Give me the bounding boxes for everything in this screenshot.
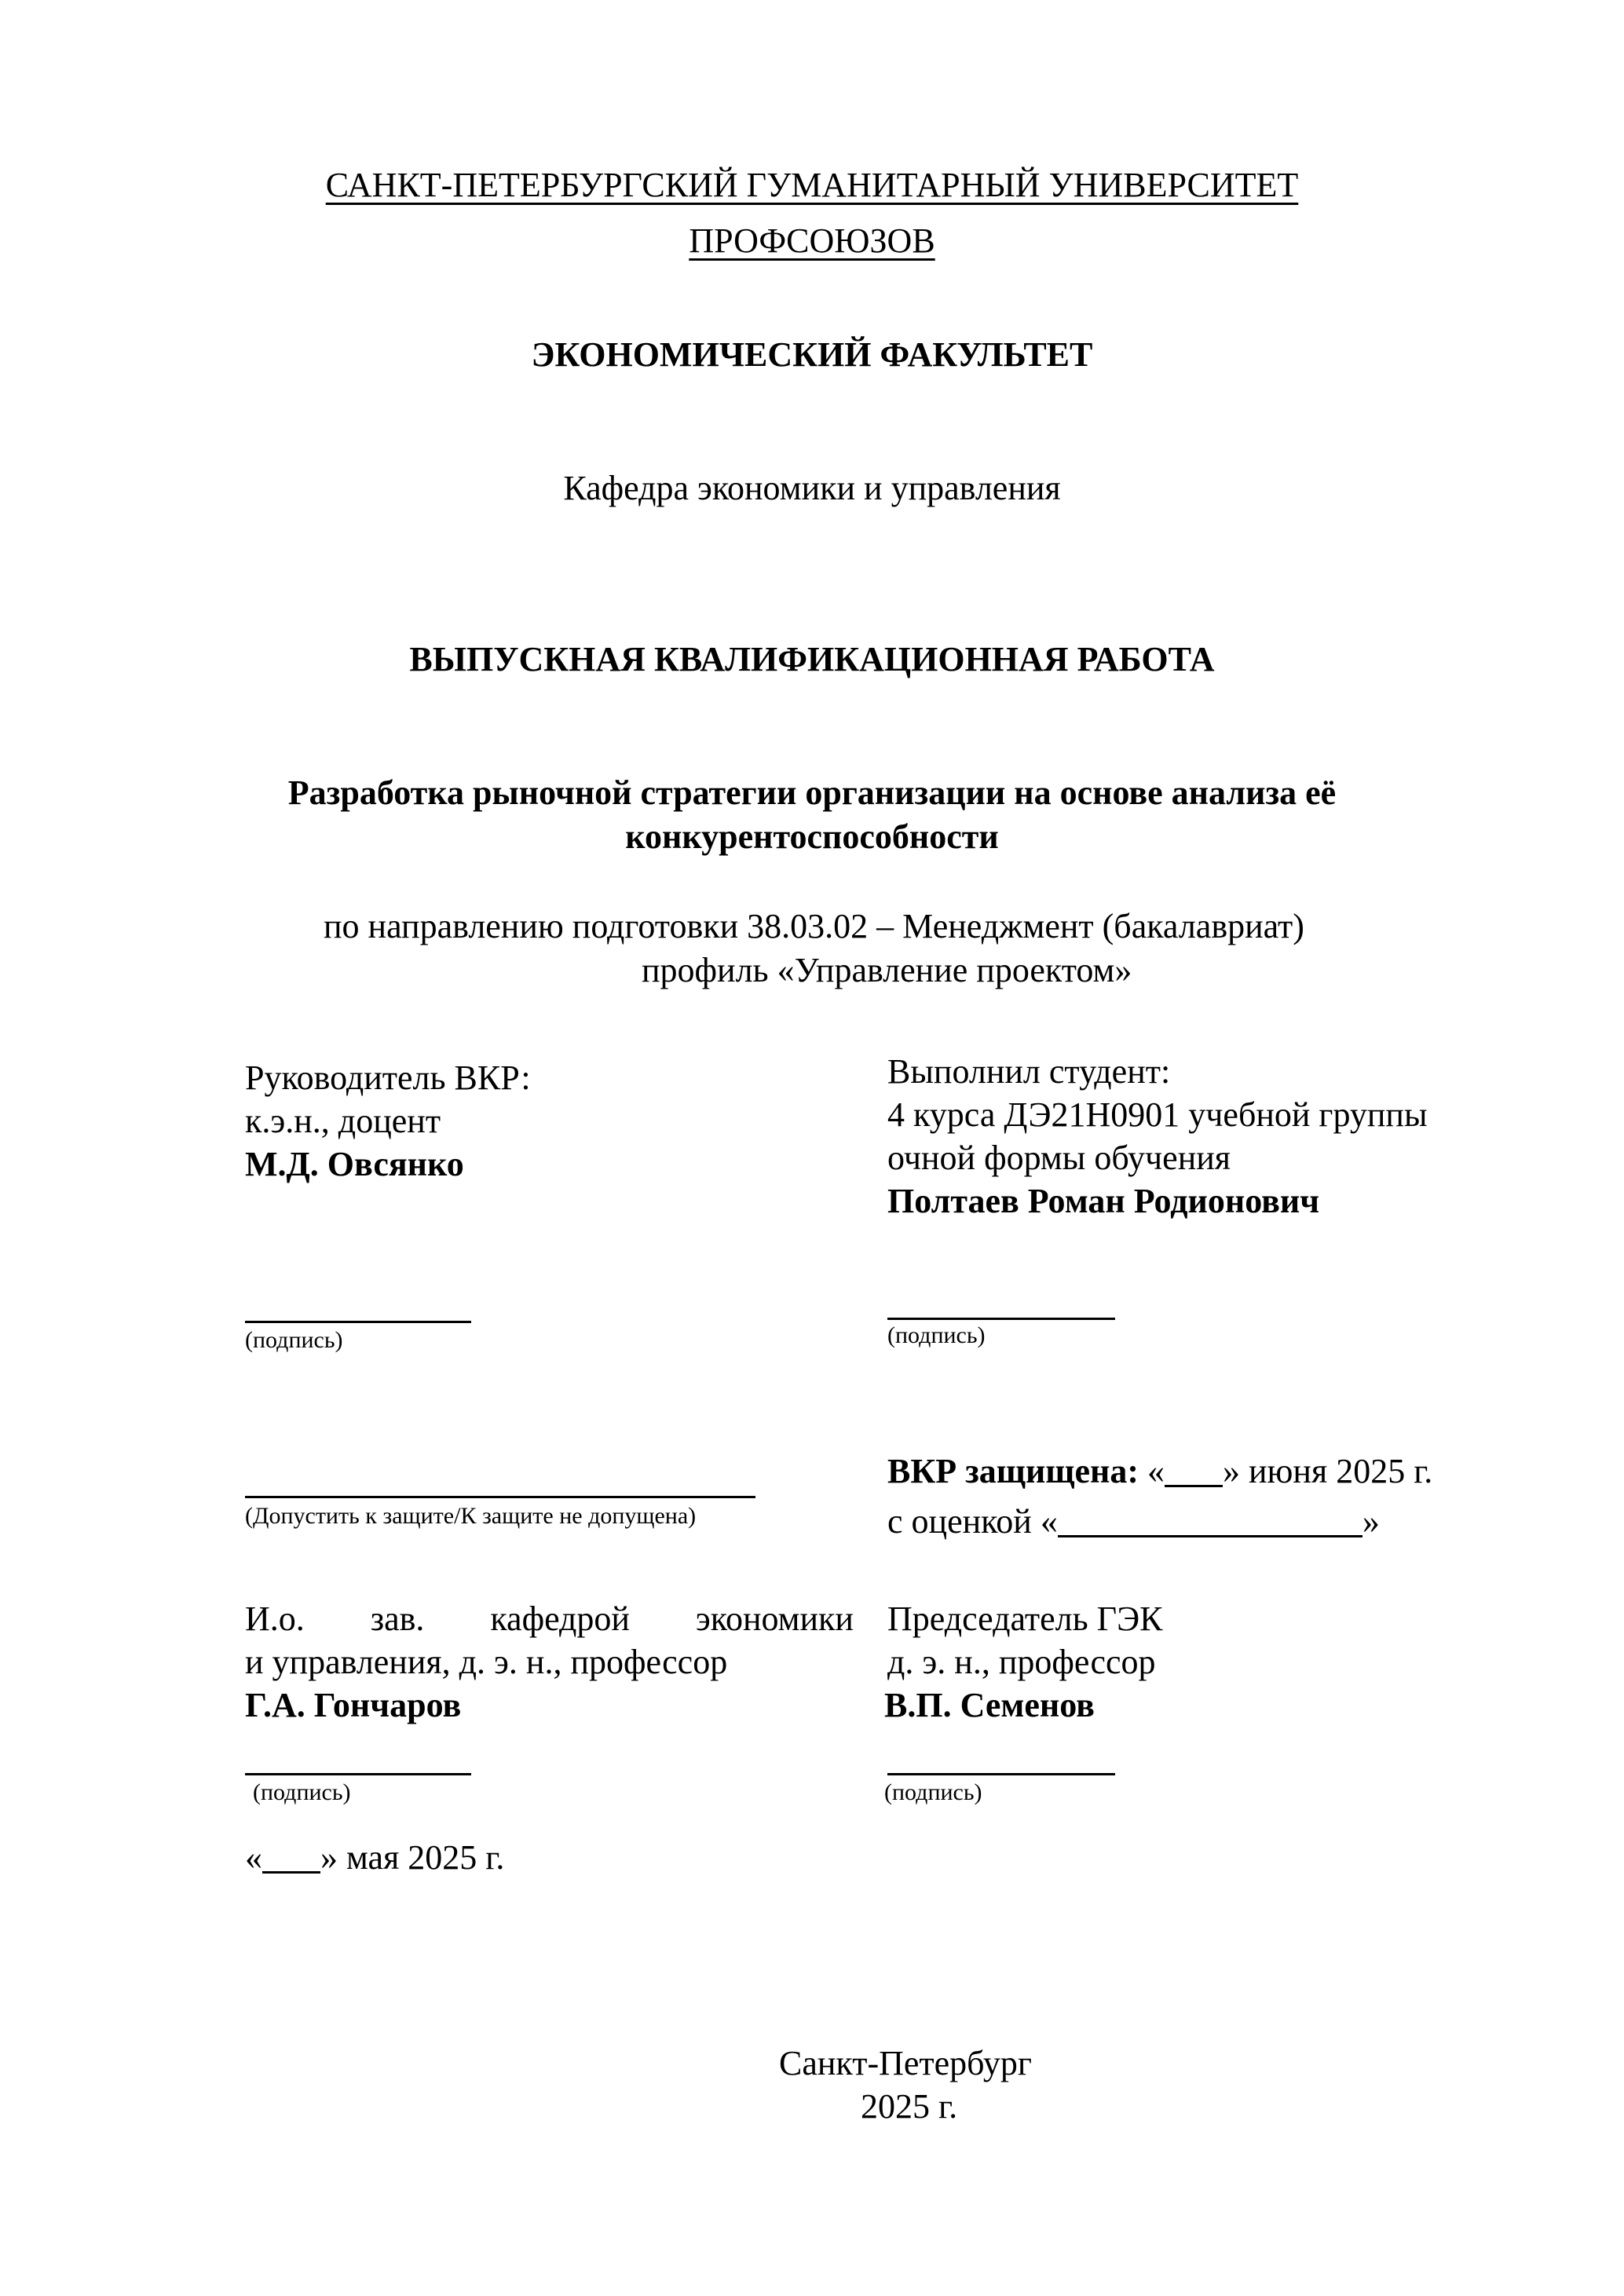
gek-chair-name: В.П. Семенов	[884, 1684, 1095, 1727]
head-date-open: «	[245, 1838, 262, 1877]
defense-grade-line: с оценкой «»	[887, 1500, 1380, 1544]
supervisor-label: Руководитель ВКР:	[245, 1056, 531, 1100]
head-role-word: экономики	[696, 1597, 854, 1641]
head-role-line2: и управления, д. э. н., профессор	[245, 1640, 727, 1684]
gek-chair-signature-line	[887, 1773, 1115, 1775]
head-date-close: » мая 2025 г.	[320, 1838, 504, 1877]
work-title-line1: Разработка рыночной стратегии организаци…	[0, 771, 1624, 815]
admission-decision-line	[245, 1496, 755, 1498]
student-signature-caption: (подпись)	[887, 1321, 986, 1351]
head-role-word: зав.	[371, 1597, 425, 1641]
gek-chair-role: Председатель ГЭК	[887, 1597, 1163, 1641]
head-day-blank	[262, 1840, 320, 1874]
head-signature-caption: (подпись)	[253, 1778, 351, 1808]
supervisor-degree: к.э.н., доцент	[245, 1099, 441, 1143]
work-type-heading: ВЫПУСКНАЯ КВАЛИФИКАЦИОННАЯ РАБОТА	[0, 638, 1624, 682]
supervisor-name: М.Д. Овсянко	[245, 1143, 464, 1186]
defense-day-blank	[1165, 1453, 1223, 1487]
supervisor-signature-line	[245, 1321, 471, 1323]
defense-grade-blank	[1058, 1504, 1362, 1537]
department-name: Кафедра экономики и управления	[0, 466, 1624, 510]
student-signature-line	[887, 1318, 1115, 1320]
study-direction: по направлению подготовки 38.03.02 – Мен…	[324, 905, 1304, 949]
study-profile: профиль «Управление проектом»	[642, 949, 1132, 993]
head-role-word: кафедрой	[490, 1597, 630, 1641]
head-signature-line	[245, 1773, 471, 1775]
gek-chair-signature-caption: (подпись)	[884, 1778, 982, 1808]
head-name: Г.А. Гончаров	[245, 1684, 461, 1727]
defense-date-close: » июня 2025 г.	[1223, 1452, 1432, 1490]
footer-city: Санкт-Петербург	[779, 2042, 1032, 2086]
defense-grade-close: »	[1362, 1502, 1380, 1541]
student-group: 4 курса ДЭ21Н0901 учебной группы	[887, 1093, 1428, 1137]
work-title-line2: конкурентоспособности	[0, 815, 1624, 859]
university-name-line1: САНКТ-ПЕТЕРБУРГСКИЙ ГУМАНИТАРНЫЙ УНИВЕРС…	[0, 163, 1624, 207]
defense-grade-prefix: с оценкой «	[887, 1502, 1058, 1541]
head-approval-date: «» мая 2025 г.	[245, 1836, 504, 1880]
supervisor-signature-caption: (подпись)	[245, 1325, 343, 1355]
head-role-word: И.о.	[245, 1597, 305, 1641]
student-name: Полтаев Роман Родионович	[887, 1179, 1319, 1223]
admission-decision-caption: (Допустить к защите/К защите не допущена…	[245, 1501, 696, 1531]
student-study-form: очной формы обучения	[887, 1136, 1231, 1180]
footer-year: 2025 г.	[861, 2085, 957, 2129]
university-name-line2: ПРОФСОЮЗОВ	[0, 219, 1624, 263]
faculty-name: ЭКОНОМИЧЕСКИЙ ФАКУЛЬТЕТ	[0, 333, 1624, 377]
defense-label: ВКР защищена:	[887, 1452, 1139, 1490]
gek-chair-degree: д. э. н., профессор	[887, 1640, 1156, 1684]
student-label: Выполнил студент:	[887, 1050, 1170, 1094]
defense-date-line: ВКР защищена: «» июня 2025 г.	[887, 1450, 1432, 1493]
head-role-line1: И.о. зав. кафедрой экономики	[245, 1597, 854, 1641]
defense-date-open: «	[1147, 1452, 1165, 1490]
